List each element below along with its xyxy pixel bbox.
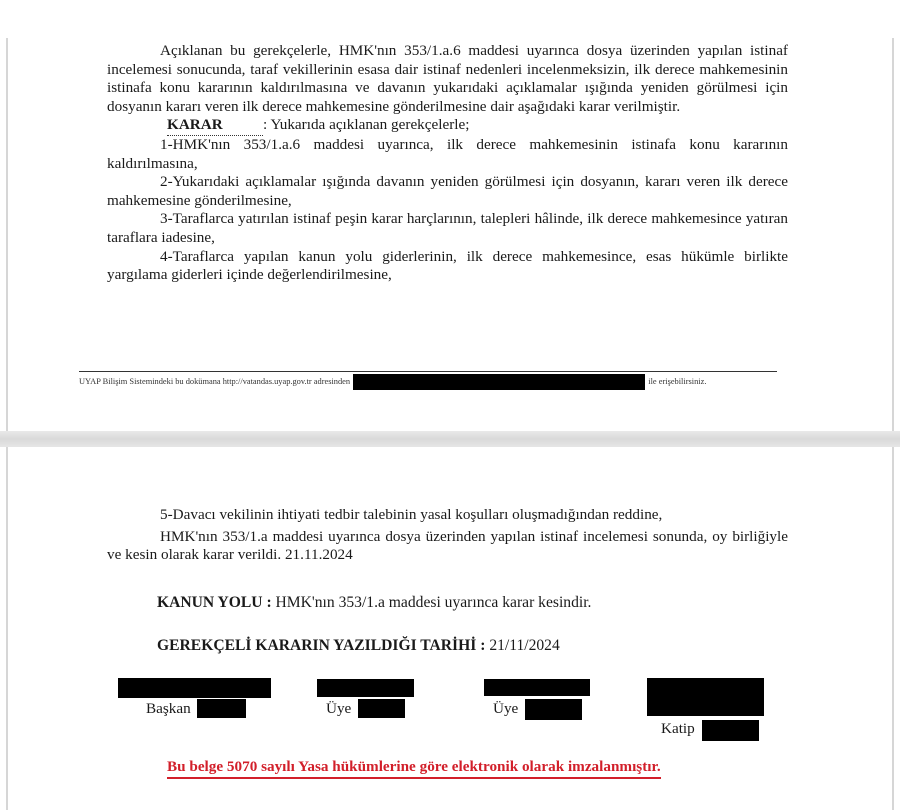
signature-uye-1: Üye bbox=[326, 700, 351, 718]
signature-katip: Katip bbox=[661, 720, 695, 738]
document-viewer[interactable]: Açıklanan bu gerekçelerle, HMK'nın 353/1… bbox=[0, 0, 900, 810]
signature-role-label: Başkan bbox=[146, 700, 191, 717]
redacted-signature-baskan bbox=[118, 678, 271, 698]
signature-role-label: Üye bbox=[493, 700, 518, 717]
redacted-signature-katip bbox=[647, 678, 764, 716]
footer-suffix: ile erişebilirsiniz. bbox=[648, 377, 706, 386]
uyap-footer: UYAP Bilişim Sistemindeki bu dokümana ht… bbox=[79, 374, 777, 390]
decision-item-4: 4-Taraflarca yapılan kanun yolu giderler… bbox=[107, 248, 788, 285]
signature-baskan: Başkan bbox=[146, 700, 191, 718]
redacted-name-katip bbox=[702, 720, 759, 741]
page2-body: 5-Davacı vekilinin ihtiyati tedbir taleb… bbox=[107, 506, 788, 565]
karar-heading: KARAR: Yukarıda açıklanan gerekçelerle; bbox=[107, 116, 788, 136]
redacted-name-uye-1 bbox=[358, 699, 405, 718]
karar-text: : Yukarıda açıklanan gerekçelerle; bbox=[263, 116, 469, 133]
gerekceli-karar-line: GEREKÇELİ KARARIN YAZILDIĞI TARİHİ : 21/… bbox=[157, 637, 560, 655]
decision-item-3: 3-Taraflarca yatırılan istinaf peşin kar… bbox=[107, 210, 788, 247]
karar-label: KARAR bbox=[167, 116, 263, 136]
intro-paragraph: Açıklanan bu gerekçelerle, HMK'nın 353/1… bbox=[107, 42, 788, 116]
gerekceli-date: 21/11/2024 bbox=[489, 637, 559, 654]
redacted-signature-uye-2 bbox=[484, 679, 590, 696]
page1-body: Açıklanan bu gerekçelerle, HMK'nın 353/1… bbox=[107, 42, 788, 285]
gerekceli-label: GEREKÇELİ KARARIN YAZILDIĞI TARİHİ : bbox=[157, 637, 485, 654]
page-separator bbox=[0, 431, 900, 447]
footer-divider bbox=[79, 371, 777, 372]
decision-item-5: 5-Davacı vekilinin ihtiyati tedbir taleb… bbox=[107, 506, 788, 525]
signature-role-label: Katip bbox=[661, 720, 695, 737]
esign-notice: Bu belge 5070 sayılı Yasa hükümlerine gö… bbox=[167, 758, 661, 779]
kanun-yolu-line: KANUN YOLU : HMK'nın 353/1.a maddesi uya… bbox=[157, 594, 591, 612]
decision-item-1: 1-HMK'nın 353/1.a.6 maddesi uyarınca, il… bbox=[107, 136, 788, 173]
closing-paragraph: HMK'nın 353/1.a maddesi uyarınca dosya ü… bbox=[107, 528, 788, 565]
redacted-name-baskan bbox=[197, 699, 246, 718]
redacted-name-uye-2 bbox=[525, 699, 582, 720]
redacted-signature-uye-1 bbox=[317, 679, 414, 697]
kanun-yolu-text: HMK'nın 353/1.a maddesi uyarınca karar k… bbox=[276, 594, 592, 611]
signature-role-label: Üye bbox=[326, 700, 351, 717]
redacted-access-code bbox=[353, 374, 645, 390]
document-page-2 bbox=[6, 447, 894, 810]
kanun-yolu-label: KANUN YOLU : bbox=[157, 594, 272, 611]
footer-prefix: UYAP Bilişim Sistemindeki bu dokümana ht… bbox=[79, 377, 350, 386]
signature-uye-2: Üye bbox=[493, 700, 518, 718]
decision-item-2: 2-Yukarıdaki açıklamalar ışığında davanı… bbox=[107, 173, 788, 210]
